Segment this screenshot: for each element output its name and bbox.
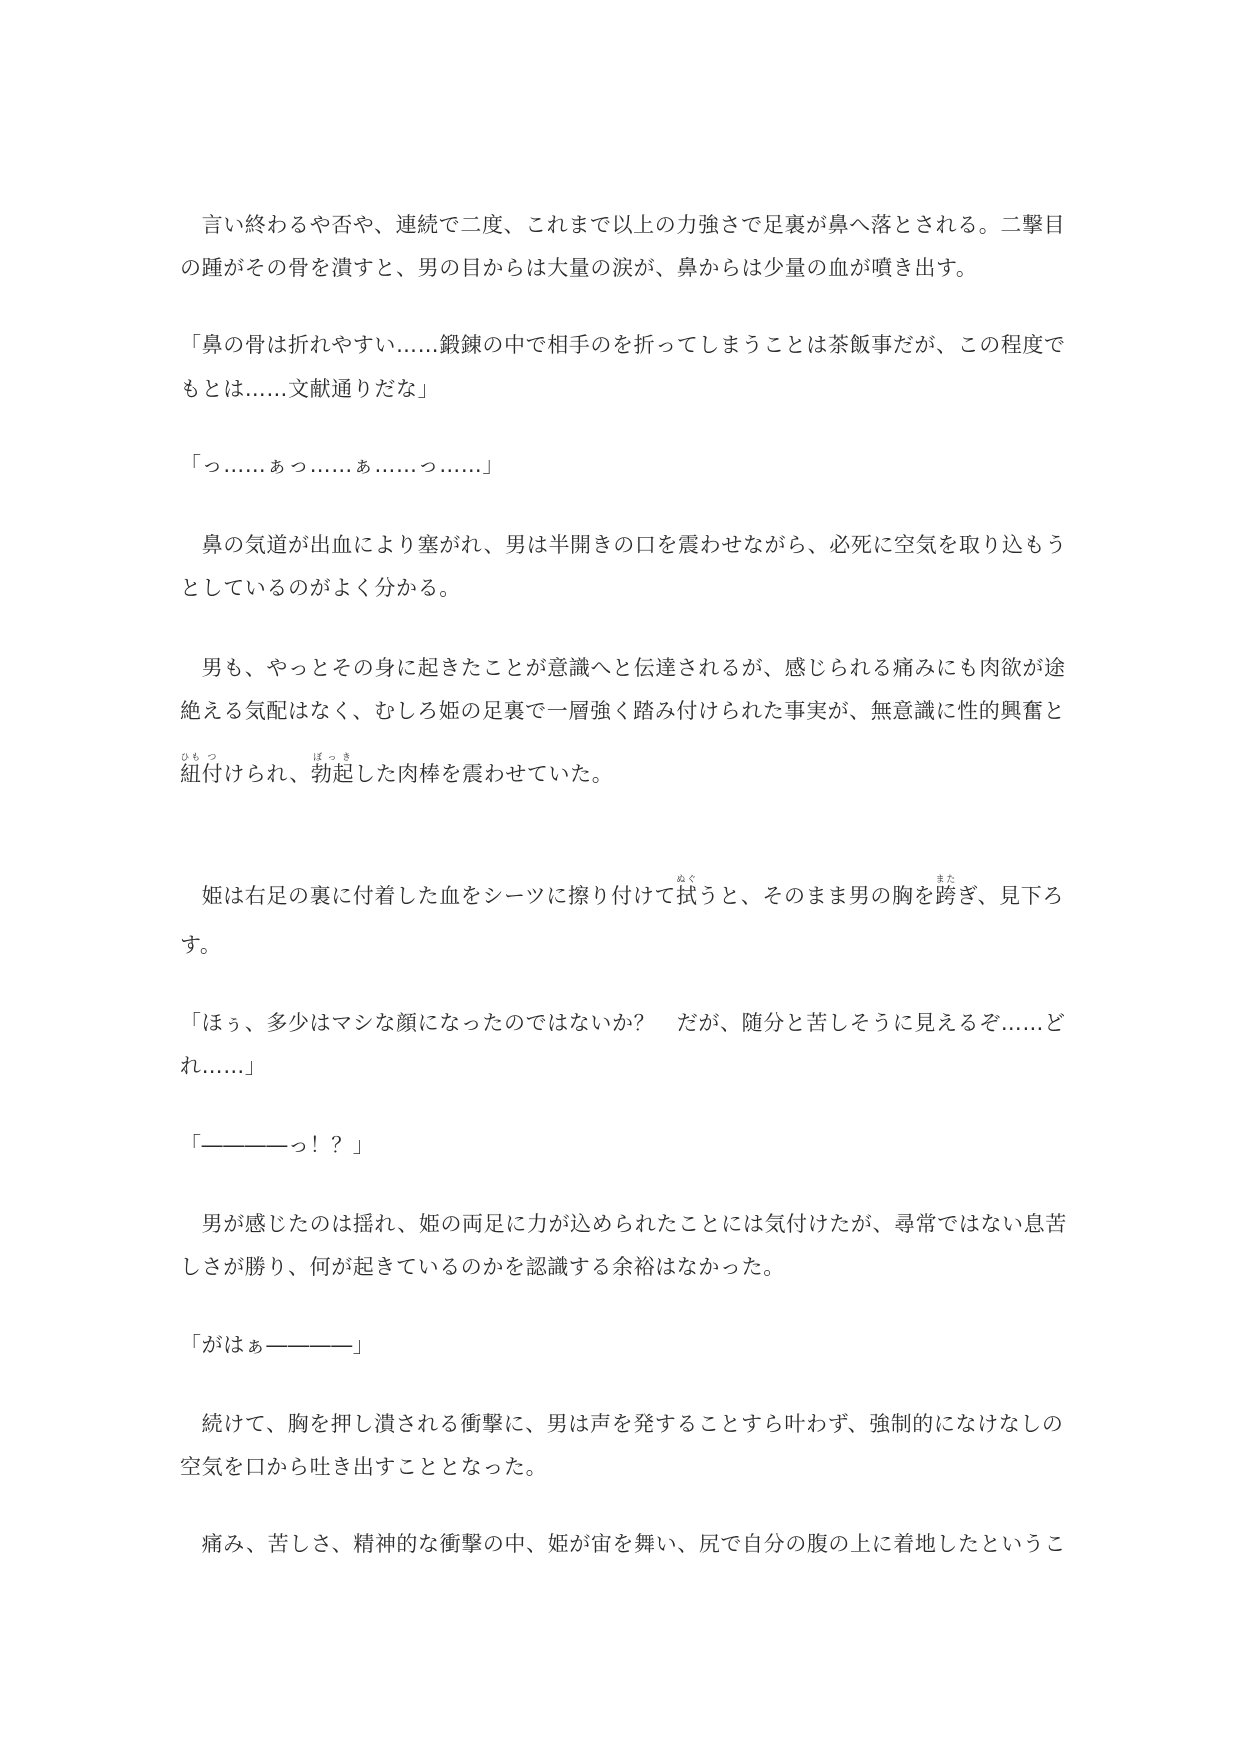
text-line: しさが勝り、何が起きているのかを認識する余裕はなかった。 bbox=[180, 1254, 1070, 1280]
document-page: 言い終わるや否や、連続で二度、これまで以上の力強さで足裏が鼻へ落とされる。二撃目… bbox=[0, 0, 1241, 1754]
text-line: 「――――っ！？」 bbox=[180, 1132, 1070, 1158]
text-line: 空気を口から吐き出すこととなった。 bbox=[180, 1454, 1070, 1480]
text-line: す。 bbox=[180, 932, 1070, 958]
text-line: 「っ……ぁっ……ぁ……っ……」 bbox=[180, 452, 1070, 478]
text-line: 言い終わるや否や、連続で二度、これまで以上の力強さで足裏が鼻へ落とされる。二撃目 bbox=[180, 212, 1070, 238]
text-line: 鼻の気道が出血により塞がれ、男は半開きの口を震わせながら、必死に空気を取り込もう bbox=[180, 532, 1070, 558]
text-line: としているのがよく分かる。 bbox=[180, 575, 1070, 601]
text-line: 「ほぅ、多少はマシな顔になったのではないか？ だが、随分と苦しそうに見えるぞ……… bbox=[180, 1010, 1070, 1036]
text-line-with-ruby: 姫は右足の裏に付着した血をシーツに擦り付けて拭ぬぐうと、そのまま男の胸を跨またぎ… bbox=[180, 875, 1070, 901]
text-line: 男が感じたのは揺れ、姫の両足に力が込められたことには気付けたが、尋常ではない息苦 bbox=[180, 1211, 1070, 1237]
text-line: 続けて、胸を押し潰される衝撃に、男は声を発することすら叶わず、強制的になけなしの bbox=[180, 1411, 1070, 1437]
text-line: 「がはぁ――――」 bbox=[180, 1332, 1070, 1358]
ruby-word: 紐ひも bbox=[180, 762, 202, 786]
text-line: 「鼻の骨は折れやすい……鍛錬の中で相手のを折ってしまうことは茶飯事だが、この程度… bbox=[180, 332, 1070, 358]
text-line: 痛み、苦しさ、精神的な衝撃の中、姫が宙を舞い、尻で自分の腹の上に着地したというこ bbox=[180, 1531, 1070, 1557]
text-line: の踵がその骨を潰すと、男の目からは大量の涙が、鼻からは少量の血が噴き出す。 bbox=[180, 255, 1070, 281]
ruby-word: 勃起ぼっき bbox=[311, 762, 354, 786]
text-line-with-ruby: 紐ひも付つけられ、勃起ぼっきした肉棒を震わせていた。 bbox=[180, 753, 1070, 779]
ruby-word: 跨また bbox=[935, 884, 957, 908]
text-line: 絶える気配はなく、むしろ姫の足裏で一層強く踏み付けられた事実が、無意識に性的興奮… bbox=[180, 698, 1070, 724]
text-line: れ……」 bbox=[180, 1053, 1070, 1079]
text-line: 男も、やっとその身に起きたことが意識へと伝達されるが、感じられる痛みにも肉欲が途 bbox=[180, 655, 1070, 681]
text-line: もとは……文献通りだな」 bbox=[180, 376, 1070, 402]
ruby-word: 付つ bbox=[202, 762, 224, 786]
ruby-word: 拭ぬぐ bbox=[676, 884, 698, 908]
